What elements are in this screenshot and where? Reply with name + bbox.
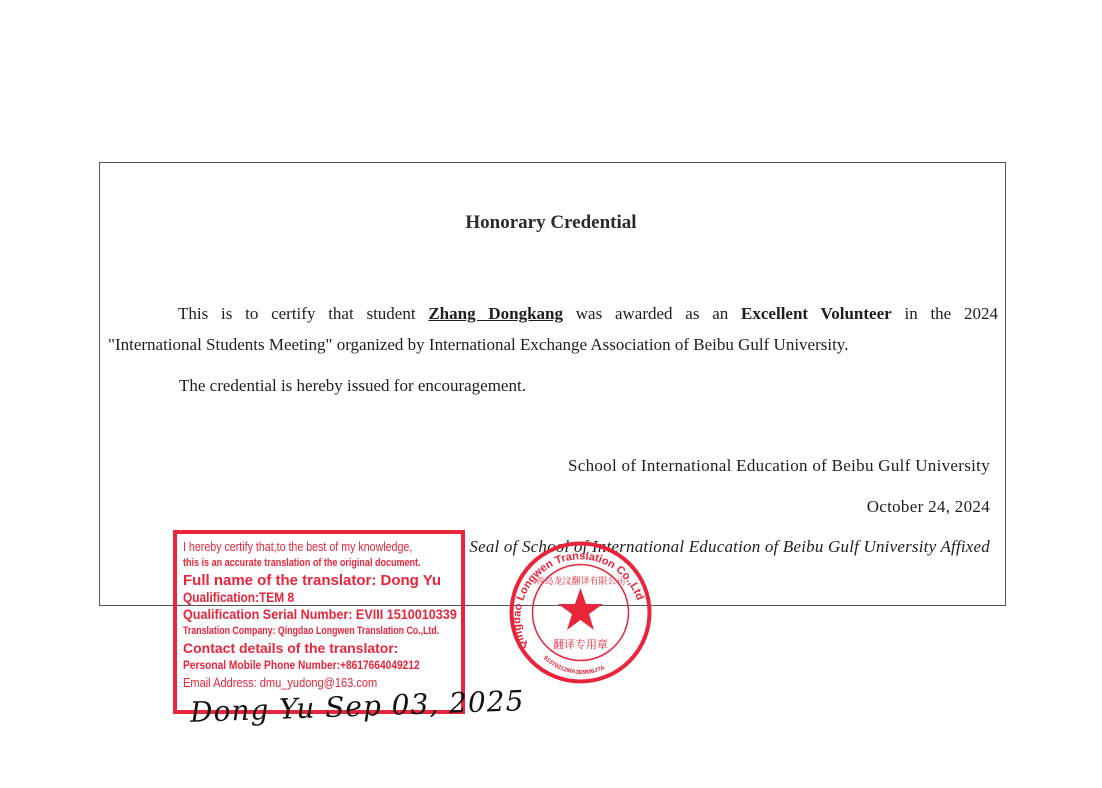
translator-certification-stamp: I hereby certify that,to the best of my … — [173, 530, 465, 714]
certification-paragraph-continued: "International Students Meeting" organiz… — [108, 335, 848, 355]
issue-date: October 24, 2024 — [867, 497, 990, 517]
encouragement-paragraph: The credential is hereby issued for enco… — [179, 376, 526, 396]
document-title: Honorary Credential — [0, 212, 1102, 234]
svg-text:翻译专用章: 翻译专用章 — [553, 637, 608, 651]
svg-text:青岛龙汶翻译有限公司: 青岛龙汶翻译有限公司 — [535, 575, 625, 587]
certification-paragraph: This is to certify that student Zhang Do… — [108, 293, 998, 335]
translator-name: Full name of the translator: Dong Yu — [183, 572, 455, 589]
issuer: School of International Education of Bei… — [568, 456, 990, 476]
company-seal-icon: Qingdao Longwen Translation Co.,Ltd 9137… — [508, 540, 653, 685]
student-name: Zhang Dongkang — [428, 304, 563, 323]
award-title: Excellent Volunteer — [741, 304, 892, 323]
